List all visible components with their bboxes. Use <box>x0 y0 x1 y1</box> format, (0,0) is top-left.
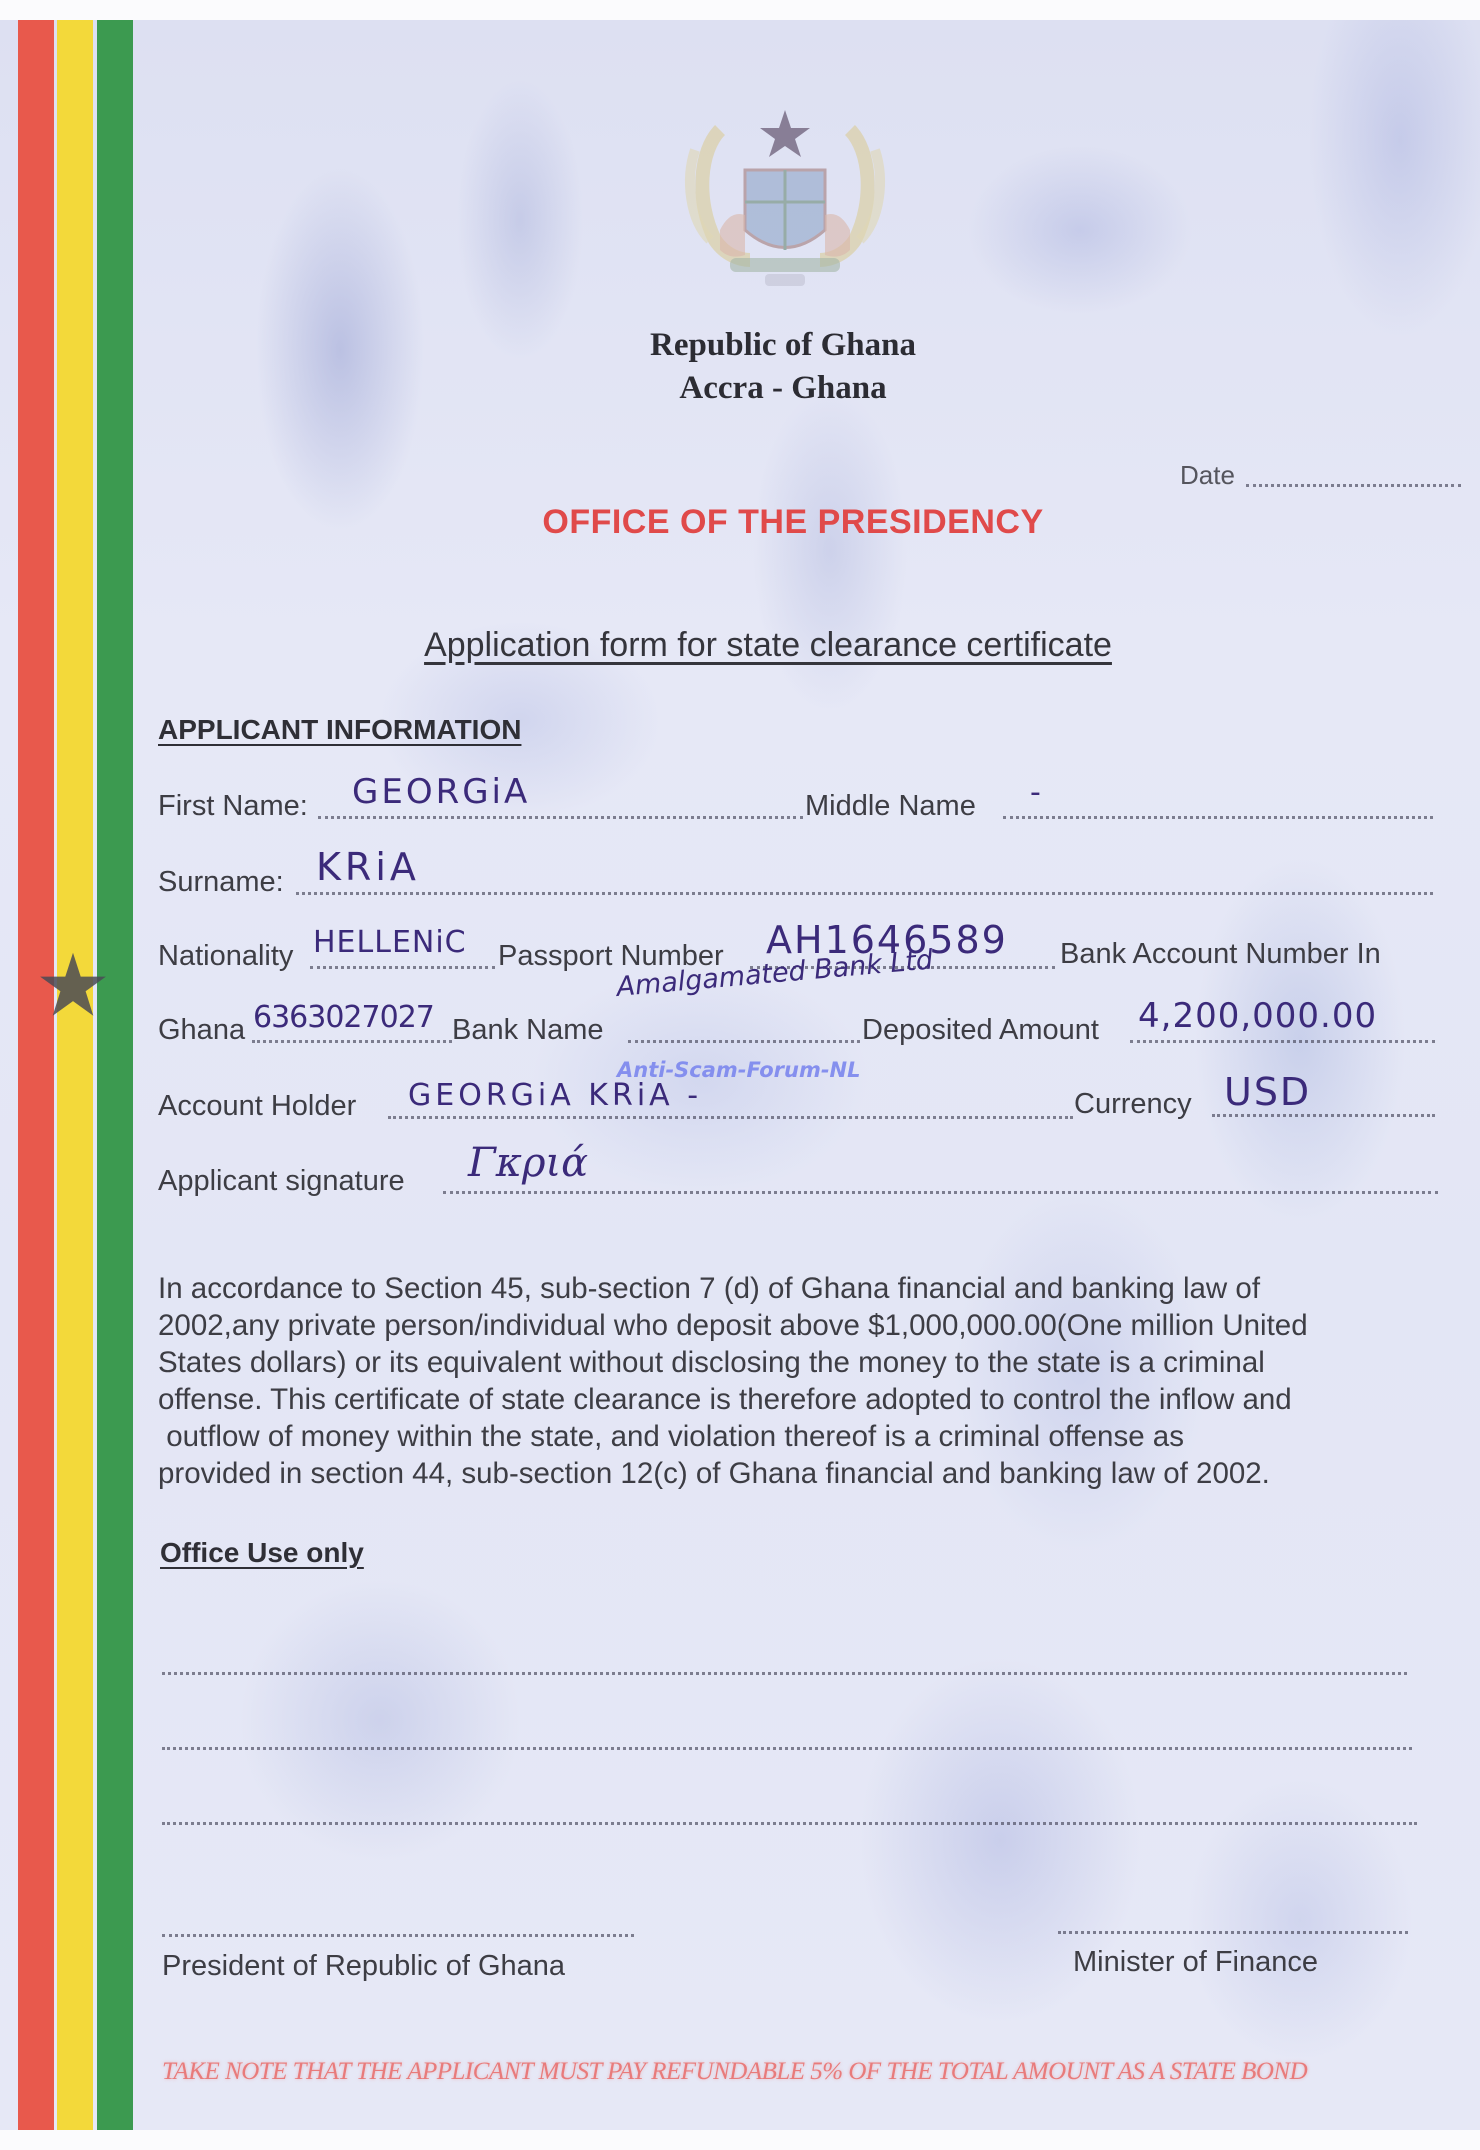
signature-label: Applicant signature <box>158 1165 405 1198</box>
deposited-amount-value: 4,200,000.00 <box>1138 996 1377 1036</box>
nationality-field[interactable] <box>310 966 495 969</box>
nationality-value: HELLENiC <box>313 925 467 960</box>
legal-line: States dollars) or its equivalent withou… <box>158 1344 1458 1381</box>
header-republic: Republic of Ghana <box>650 327 916 364</box>
bank-account-value: 6363027027 <box>253 1000 434 1035</box>
surname-label: Surname: <box>158 866 284 899</box>
minister-signature-label: Minister of Finance <box>1073 1946 1318 1979</box>
first-name-label: First Name: <box>158 790 308 823</box>
surname-value: KRiA <box>316 845 420 889</box>
form-title: Application form for state clearance cer… <box>424 626 1112 665</box>
minister-signature-line[interactable] <box>1058 1931 1408 1934</box>
currency-value: USD <box>1224 1070 1311 1114</box>
first-name-field[interactable] <box>318 816 803 819</box>
currency-field[interactable] <box>1212 1114 1435 1117</box>
date-label-text: Date <box>1180 460 1235 490</box>
bank-account-label: Bank Account Number In <box>1060 938 1381 971</box>
nationality-label: Nationality <box>158 940 293 973</box>
bank-account-field[interactable] <box>252 1040 452 1043</box>
middle-name-label: Middle Name <box>805 790 976 823</box>
bank-account-label-ghana: Ghana <box>158 1014 245 1047</box>
legal-line: In accordance to Section 45, sub-section… <box>158 1270 1458 1307</box>
black-star-icon <box>38 950 108 1020</box>
account-holder-field[interactable] <box>388 1116 1073 1119</box>
flag-stripe-red <box>18 20 54 2130</box>
legal-line: 2002,any private person/individual who d… <box>158 1307 1458 1344</box>
signature-field[interactable] <box>443 1191 1438 1194</box>
legal-line: outflow of money within the state, and v… <box>158 1418 1458 1455</box>
flag-stripe-green <box>97 20 133 2130</box>
middle-name-value: - <box>1030 775 1041 810</box>
account-holder-label: Account Holder <box>158 1090 356 1123</box>
currency-label: Currency <box>1074 1088 1192 1121</box>
date-label: Date <box>1180 460 1235 491</box>
bank-name-field[interactable] <box>628 1040 860 1043</box>
applicant-section-title: APPLICANT INFORMATION <box>158 714 521 746</box>
flag-stripe-yellow <box>57 20 93 2130</box>
bank-name-label: Bank Name <box>452 1014 604 1047</box>
office-use-line-1[interactable] <box>162 1672 1407 1675</box>
header-city: Accra - Ghana <box>679 370 886 407</box>
first-name-value: GEORGiA <box>352 772 530 812</box>
signature-value: Γκριά <box>468 1140 588 1186</box>
legal-line: provided in section 44, sub-section 12(c… <box>158 1455 1458 1492</box>
office-use-title: Office Use only <box>160 1537 364 1569</box>
surname-field[interactable] <box>296 892 1433 895</box>
deposited-amount-field[interactable] <box>1130 1040 1435 1043</box>
president-signature-line[interactable] <box>162 1934 634 1937</box>
middle-name-field[interactable] <box>1003 816 1433 819</box>
office-use-line-2[interactable] <box>162 1747 1412 1750</box>
footer-note: TAKE NOTE THAT THE APPLICANT MUST PAY RE… <box>162 2058 1307 2086</box>
office-title: OFFICE OF THE PRESIDENCY <box>542 503 1043 542</box>
ghana-coat-of-arms-icon <box>660 90 910 300</box>
deposited-amount-label: Deposited Amount <box>862 1014 1099 1047</box>
account-holder-value: GEORGiA KRiA - <box>408 1078 702 1113</box>
office-use-line-3[interactable] <box>162 1822 1417 1825</box>
legal-paragraph: In accordance to Section 45, sub-section… <box>158 1270 1458 1492</box>
legal-line: offense. This certificate of state clear… <box>158 1381 1458 1418</box>
date-field[interactable] <box>1246 484 1461 487</box>
president-signature-label: President of Republic of Ghana <box>162 1950 565 1983</box>
